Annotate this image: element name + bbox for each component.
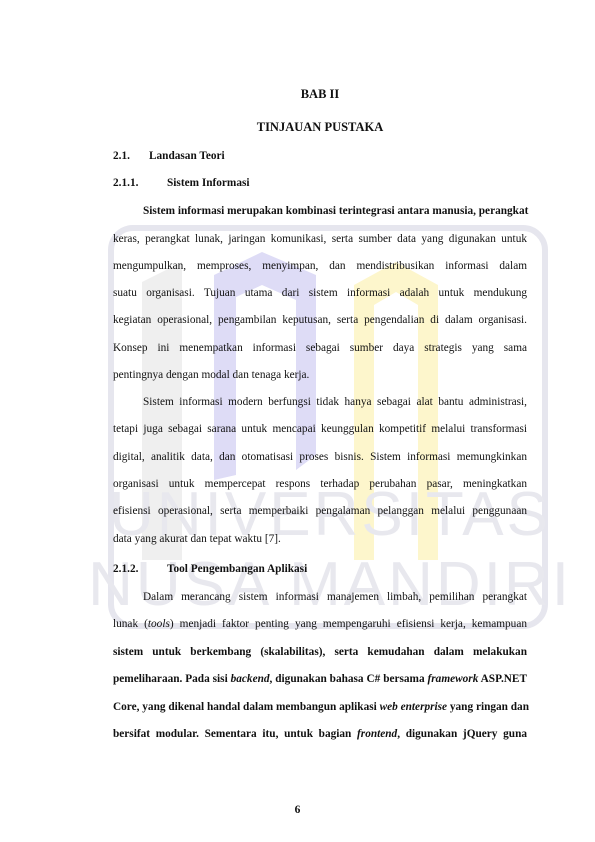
- text-line: digital, analitik data, dan otomatisasi …: [113, 450, 527, 464]
- text-span: pemeliharaan. Pada sisi: [113, 673, 231, 685]
- section-title: Sistem Informasi: [167, 177, 250, 189]
- text-span: ASP.NET: [478, 673, 527, 685]
- text-line: lunak (tools) menjadi faktor penting yan…: [113, 617, 527, 631]
- italic-term: tools: [148, 618, 170, 630]
- text-line: tetapi juga sebagai sarana untuk mencapa…: [113, 422, 527, 436]
- italic-term: framework: [428, 673, 479, 685]
- text-line: data yang akurat dan tepat waktu [7].: [113, 532, 527, 546]
- section-heading-2-1-2: 2.1.2.Tool Pengembangan Aplikasi: [113, 563, 307, 575]
- text-line: kegiatan operasional, pengambilan keputu…: [113, 313, 527, 327]
- text-line: sistem untuk berkembang (skalabilitas), …: [113, 645, 527, 659]
- text-span: ) menjadi faktor penting yang mempengaru…: [170, 618, 527, 630]
- section-number: 2.1.1.: [113, 177, 167, 189]
- text-line: pemeliharaan. Pada sisi backend, digunak…: [113, 672, 527, 686]
- text-span: Core, yang dikenal handal dalam membangu…: [113, 701, 380, 713]
- section-number: 2.1.: [113, 150, 149, 162]
- text-line: efisiensi operasional, serta memperbaiki…: [113, 504, 527, 518]
- chapter-number: BAB II: [113, 87, 527, 102]
- section-number: 2.1.2.: [113, 563, 167, 575]
- text-span: bersifat modular. Sementara itu, untuk b…: [113, 728, 357, 740]
- text-line: suatu organisasi. Tujuan utama dari sist…: [113, 286, 527, 300]
- text-line: bersifat modular. Sementara itu, untuk b…: [113, 727, 527, 741]
- text-line: Dalam merancang sistem informasi manajem…: [143, 590, 527, 604]
- text-line: mengumpulkan, memproses, menyimpan, dan …: [113, 259, 527, 273]
- text-span: , digunakan jQuery guna: [397, 728, 527, 740]
- italic-term: backend: [231, 673, 270, 685]
- text-line: organisasi untuk mempercepat respons ter…: [113, 477, 527, 491]
- text-line: pentingnya dengan modal dan tenaga kerja…: [113, 368, 527, 382]
- document-page: BAB II TINJAUAN PUSTAKA 2.1.Landasan Teo…: [0, 0, 595, 842]
- text-span: yang ringan dan: [447, 701, 529, 713]
- italic-term: frontend: [357, 728, 397, 740]
- page-number: 6: [0, 804, 595, 816]
- section-heading-2-1: 2.1.Landasan Teori: [113, 150, 225, 162]
- text-line: Sistem informasi merupakan kombinasi ter…: [143, 204, 527, 218]
- text-line: Core, yang dikenal handal dalam membangu…: [113, 700, 527, 714]
- italic-term: web enterprise: [380, 701, 447, 713]
- section-title: Tool Pengembangan Aplikasi: [167, 563, 307, 575]
- text-line: keras, perangkat lunak, jaringan komunik…: [113, 232, 527, 246]
- chapter-title: TINJAUAN PUSTAKA: [113, 120, 527, 135]
- text-span: , digunakan bahasa C# bersama: [270, 673, 428, 685]
- section-heading-2-1-1: 2.1.1.Sistem Informasi: [113, 177, 250, 189]
- text-line: Konsep ini menempatkan informasi sebagai…: [113, 341, 527, 355]
- section-title: Landasan Teori: [149, 150, 225, 162]
- text-span: lunak (: [113, 618, 148, 630]
- text-line: Sistem informasi modern berfungsi tidak …: [143, 395, 527, 409]
